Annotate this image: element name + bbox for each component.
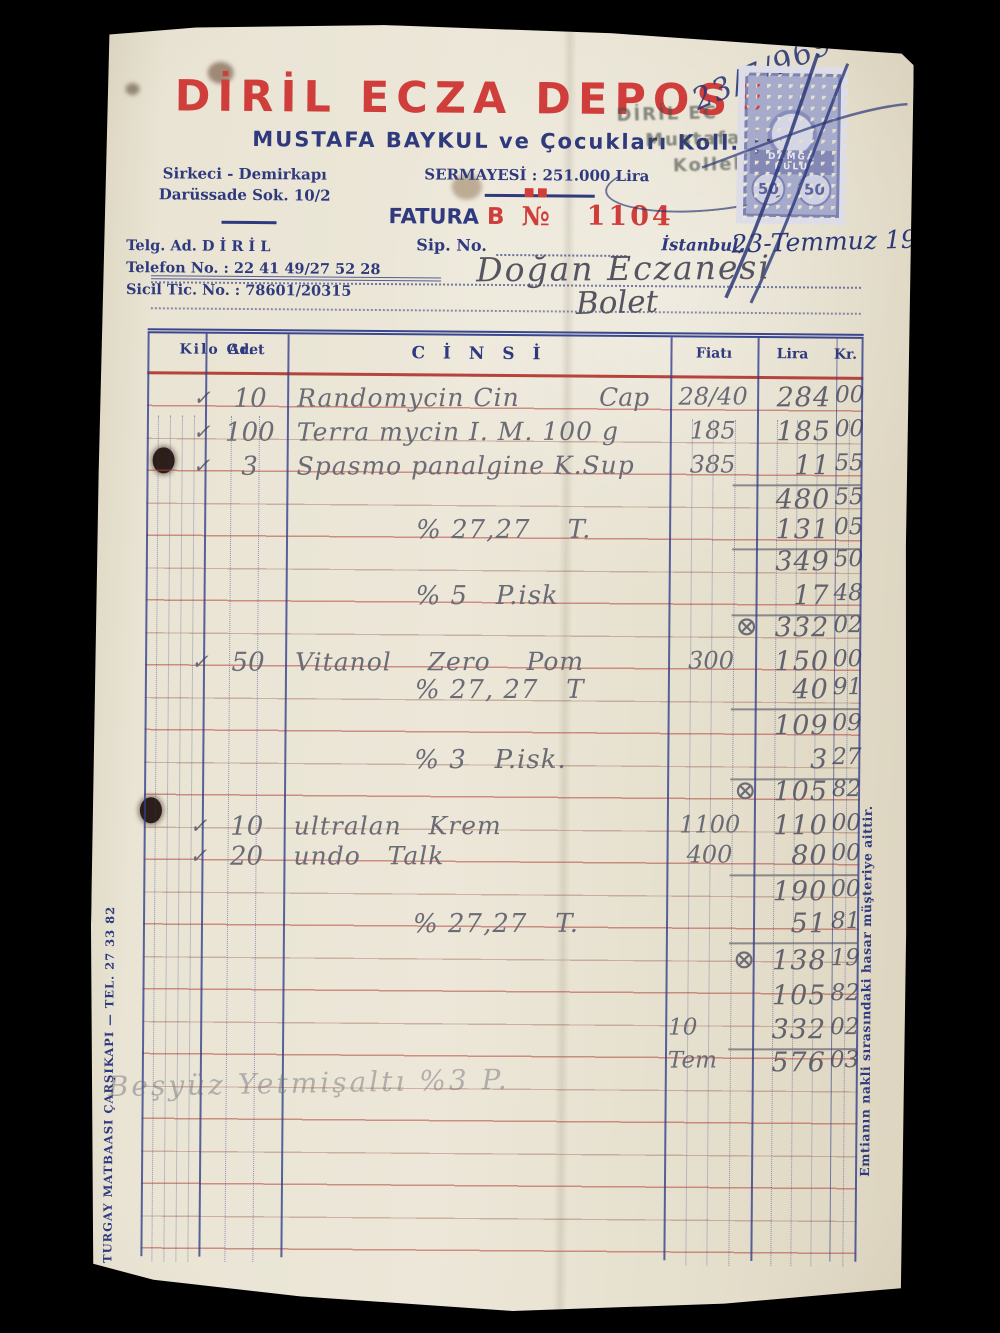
row-amount-lira: 3 [708, 744, 828, 775]
invoice-row: % 27, 27 T4091 [145, 674, 861, 710]
row-amount-kr: 00 [831, 840, 859, 866]
row-amount-lira: 105 [706, 980, 826, 1011]
row-qty: 50 [217, 648, 279, 678]
items-table: Kilo Gr. Adet C İ N S İ Fiatı Lira Kr. ✓… [140, 328, 863, 1262]
check-mark: ✓ [191, 650, 209, 674]
row-amount-lira: 480 [710, 484, 830, 515]
row-margin-mark: 10 [668, 1014, 697, 1040]
row-amount-lira: 190 [707, 876, 827, 907]
row-amount-lira: 332 [706, 1014, 826, 1045]
row-amount-kr: 27 [832, 744, 860, 770]
tax-stamp-band: DAMGA PULU [750, 149, 834, 174]
row-amount-kr: 00 [832, 810, 860, 836]
row-amount-lira: 332 [709, 612, 829, 643]
check-mark: ✓ [193, 420, 211, 444]
fatura-label: FATURAB [388, 203, 504, 230]
row-qty: 10 [219, 384, 281, 414]
check-mark: ✓ [189, 844, 207, 868]
row-desc-suffix: Cap [599, 383, 649, 412]
row-amount-kr: 19 [831, 945, 859, 971]
check-mark: ✓ [193, 454, 211, 478]
row-qty: 100 [219, 418, 281, 448]
invoice-row: ✓10Randomycin CinCap28/4028400 [147, 382, 863, 418]
invoice-row: ⊗13819 [143, 945, 859, 981]
invoice-row: ✓20undo Talk4008000 [143, 840, 859, 876]
invoice-row: % 27,27 T.5181 [143, 908, 859, 944]
invoice-paper: DİRİL ECZA DEPOSU MUSTAFA BAYKUL ve Çocu… [88, 23, 914, 1319]
row-amount-kr: 02 [833, 612, 861, 638]
row-amount-kr: 91 [833, 674, 861, 700]
row-amount-lira: 40 [709, 674, 829, 705]
row-amount-lira: 150 [709, 646, 829, 677]
no-tick-marks [525, 188, 547, 197]
row-amount-kr: 82 [830, 980, 858, 1006]
row-amount-kr: 81 [831, 908, 859, 934]
address-line2: Darüssade Sok. 10/2 [159, 184, 331, 206]
invoice-row: 1033202 [142, 1014, 858, 1050]
row-amount-kr: 09 [833, 710, 861, 736]
row-amount-kr: 50 [834, 546, 862, 572]
fatura-series: B [487, 204, 505, 230]
row-amount-lira: 131 [710, 514, 830, 545]
customer-name: Doğan Eczanesi [476, 248, 771, 290]
company-address: Sirkeci - Demirkapı Darüssade Sok. 10/2 [159, 163, 331, 206]
row-qty: 20 [215, 842, 277, 872]
invoice-row: ✓100Terra mycin I. M. 100 g18518500 [147, 416, 863, 452]
row-amount-kr: 00 [833, 646, 861, 672]
row-discount-note: % 5 P.isk [416, 581, 559, 611]
check-mark: ✓ [190, 814, 208, 838]
divider [222, 221, 277, 224]
customer-line2 [151, 307, 861, 315]
row-desc: ultralan Krem [294, 811, 502, 841]
row-amount-lira: 185 [711, 416, 831, 447]
row-discount-note: % 27,27 T. [416, 515, 591, 545]
stamp-value-left: 50 [751, 172, 786, 207]
row-qty: 3 [219, 452, 281, 482]
customer-name-line2: Bolet [575, 284, 658, 322]
invoice-row: ✓3Spasmo panalgine K.Sup3851155 [147, 450, 863, 486]
row-discount-note: % 27,27 T. [413, 909, 579, 939]
tax-stamp: DAMGA PULU 50 50 [736, 65, 849, 225]
row-amount-kr: 55 [834, 484, 862, 510]
row-desc: Spasmo panalgine K.Sup [297, 451, 635, 481]
check-mark: ✓ [193, 386, 211, 410]
col-kr: Kr. [827, 347, 863, 363]
invoice-row: ⊗10582 [144, 776, 860, 812]
col-lira: Lira [757, 346, 827, 363]
col-cinsi: C İ N S İ [287, 342, 670, 365]
row-amount-kr: 03 [830, 1047, 858, 1073]
row-amount-kr: 00 [835, 382, 863, 408]
row-amount-kr: 00 [831, 876, 859, 902]
company-contact: Telg. Ad. D İ R İ L Telefon No. : 22 41 … [126, 235, 381, 303]
row-discount-note: % 3 P.isk. [414, 745, 567, 775]
row-amount-lira: 349 [710, 546, 830, 577]
invoice-row: 10582 [142, 980, 858, 1016]
row-amount-lira: 138 [707, 945, 827, 976]
row-amount-lira: 284 [711, 382, 831, 413]
row-amount-kr: 00 [835, 416, 863, 442]
printer-credit-vertical: TURGAY MATBAASI ÇARŞIKAPI — TEL. 27 33 8… [100, 843, 117, 1263]
telegraph-line: Telg. Ad. D İ R İ L [126, 235, 380, 259]
col-fiati: Fiatı [670, 345, 757, 362]
row-amount-kr: 05 [834, 514, 862, 540]
row-amount-kr: 02 [830, 1014, 858, 1040]
row-amount-lira: 80 [707, 840, 827, 871]
disclaimer-vertical: Emtianın nakli sırasındaki hasar müşteri… [857, 737, 875, 1177]
col-adet: Adet [205, 342, 287, 359]
row-amount-kr: 55 [835, 450, 863, 476]
stamp-value-right: 50 [797, 172, 832, 207]
row-discount-note: % 27, 27 T [415, 675, 585, 705]
numero-symbol: № [521, 202, 550, 232]
invoice-row: 10909 [145, 710, 861, 746]
invoice-row: ⊗33202 [145, 612, 861, 648]
row-qty: 10 [216, 812, 278, 842]
row-desc: Randomycin Cin [297, 383, 520, 413]
row-desc: Terra mycin I. M. 100 g [297, 417, 619, 447]
row-amount-lira: 51 [707, 908, 827, 939]
row-amount-lira: 576 [706, 1047, 826, 1078]
row-amount-kr: 48 [834, 580, 862, 606]
row-desc: undo Talk [293, 841, 444, 870]
table-header: Kilo Gr. Adet C İ N S İ Fiatı Lira Kr. [147, 333, 863, 377]
tax-stamp-art: DAMGA PULU 50 50 [743, 72, 841, 218]
row-amount-lira: 105 [708, 776, 828, 807]
row-amount-kr: 82 [832, 776, 860, 802]
invoice-row: % 27,27 T.13105 [146, 514, 862, 550]
row-amount-lira: 17 [710, 580, 830, 611]
row-amount-lira: 109 [709, 710, 829, 741]
invoice-row: 19000 [143, 876, 859, 912]
row-amount-lira: 110 [708, 810, 828, 841]
row-amount-lira: 11 [711, 450, 831, 481]
address-line1: Sirkeci - Demirkapı [159, 163, 331, 185]
invoice-row: 34950 [146, 546, 862, 582]
row-desc: Vitanol Zero Pom [295, 647, 584, 677]
